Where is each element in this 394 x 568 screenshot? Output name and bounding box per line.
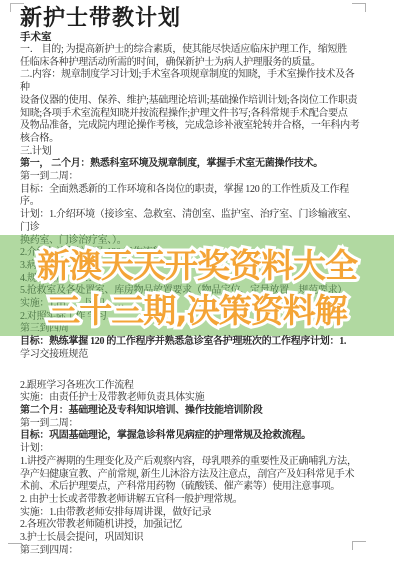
text-line: 计划：1.介绍环境（接诊室、急救室、清创室、监护室、治疗室、门诊输液室、 [20,209,380,222]
page-corner-mark-top-right [352,3,366,12]
text-line: 3.病区环境（……） [20,260,380,273]
text-line: 第二个月：基础理论及专科知识培训、操作技能培训阶段 [20,405,380,418]
text-line: 任临床各种护理活动所需的时间，确保新护士为病人护理服务的质量。 [20,57,380,70]
text-line: 第三到四周 [20,323,380,336]
page-title: 新护士带教计划 [0,0,394,31]
text-line: 1.讲授产褥期的生理变化及产后观察内容，母乳喂养的重要性及正确哺乳方法， [20,456,380,469]
text-line: 序。 [20,196,380,209]
text-line: 第一到二周： [20,418,380,431]
text-line: 目标：全面熟悉新的工作环境和各岗位的职责，掌握 120 的工作性质及工作程 [20,184,380,197]
text-line: 2.介绍急诊科护理及 120 工作流程 [20,247,380,260]
page-corner-mark-top-left [10,3,24,12]
text-line: 二.内容：规章制度学习计划;手术室各项规章制度的知晓，手术室操作技术及各 [20,69,380,82]
text-line: 2.对照实际工作 学习…… [20,311,380,324]
text-line: 实施：1.由……区和…… [20,298,380,311]
text-line: 目标：熟练掌握 120 的工作程序并熟悉急诊室各护理班次的工作程序计划：1. [20,336,380,349]
text-line: 孕产妇健康宣教、产前常规, 新生儿沐浴方法及注意点，剖宫产及妇科常见手术 [20,469,380,482]
text-line: 2.各班次带教老师随机讲授，加强记忆 [20,519,380,532]
text-line: 知晓;各项手术室流程知晓并按流程操作;护理文件书写;各科常规手术配合要点 [20,108,380,121]
text-line: 4.规章制度（……） [20,273,380,286]
document-body: 一． 目的; 为提高新护士的综合素质，使其能尽快适应临床护理工作，缩短胜 任临床… [0,44,394,557]
text-line: 学习交接班规范 [20,349,380,362]
text-line: 第一到二周： [20,171,380,184]
text-line: 计划： [20,443,380,456]
text-line: 及物品准备，完成院内理论操作考核，完成急诊补液室轮转并合格，一年科内考 [20,120,380,133]
text-line: 2.跟班学习各班次工作流程 [20,380,380,393]
page-corner-mark-bottom-right [352,541,366,550]
text-line: 第三到四周： [20,545,380,558]
text-line: 3.护士长晨会提问，巩固知识 [20,532,380,545]
text-line: 目标：巩固基础理论，掌握急诊科常见病症的护理常规及抢救流程。 [20,430,380,443]
text-line: 换药室、门诊治疗室、）。 [20,235,380,248]
document-page: 新护士带教计划 手术室 一． 目的; 为提高新护士的综合素质，使其能尽快适应临床… [0,0,394,568]
section-heading: 手术室 [0,31,394,44]
text-line: 种 [20,82,380,95]
page-corner-mark-bottom-left [8,543,22,552]
text-line: 5.抢救室及各处置室、库房物品放置要求（物品定位、定量放置、规范要求） [20,285,380,298]
text-line: 门诊 [20,222,380,235]
text-line: 术前、术后护理要点，产科常用药物（硫酸镁、催产素等）使用注意事项。 [20,481,380,494]
text-line: 2. 由护士长或者带教老师讲解五官科一般护理常规。 [20,494,380,507]
text-line: 实施：由责任护士及带教老师负责具体实施 [20,392,380,405]
text-line: 一． 目的; 为提高新护士的综合素质，使其能尽快适应临床护理工作，缩短胜 [20,44,380,57]
text-line: 三.计划 [20,146,380,159]
green-highlight-band: 换药室、门诊治疗室、）。 2.介绍急诊科护理及 120 工作流程 3.病区环境（… [0,235,394,337]
text-line: 实施：1.由带教老师安排每周讲课，做好记录 [20,507,380,520]
text-line: 第一， 二个月：熟悉科室环境及规章制度，掌握手术室无菌操作技术。 [20,158,380,171]
blank-line [20,362,380,380]
text-line: 设备仪器的使用、保养、维护;基础理论培训;基础操作培训计划;各岗位工作职责 [20,95,380,108]
text-line: 核合格。 [20,133,380,146]
